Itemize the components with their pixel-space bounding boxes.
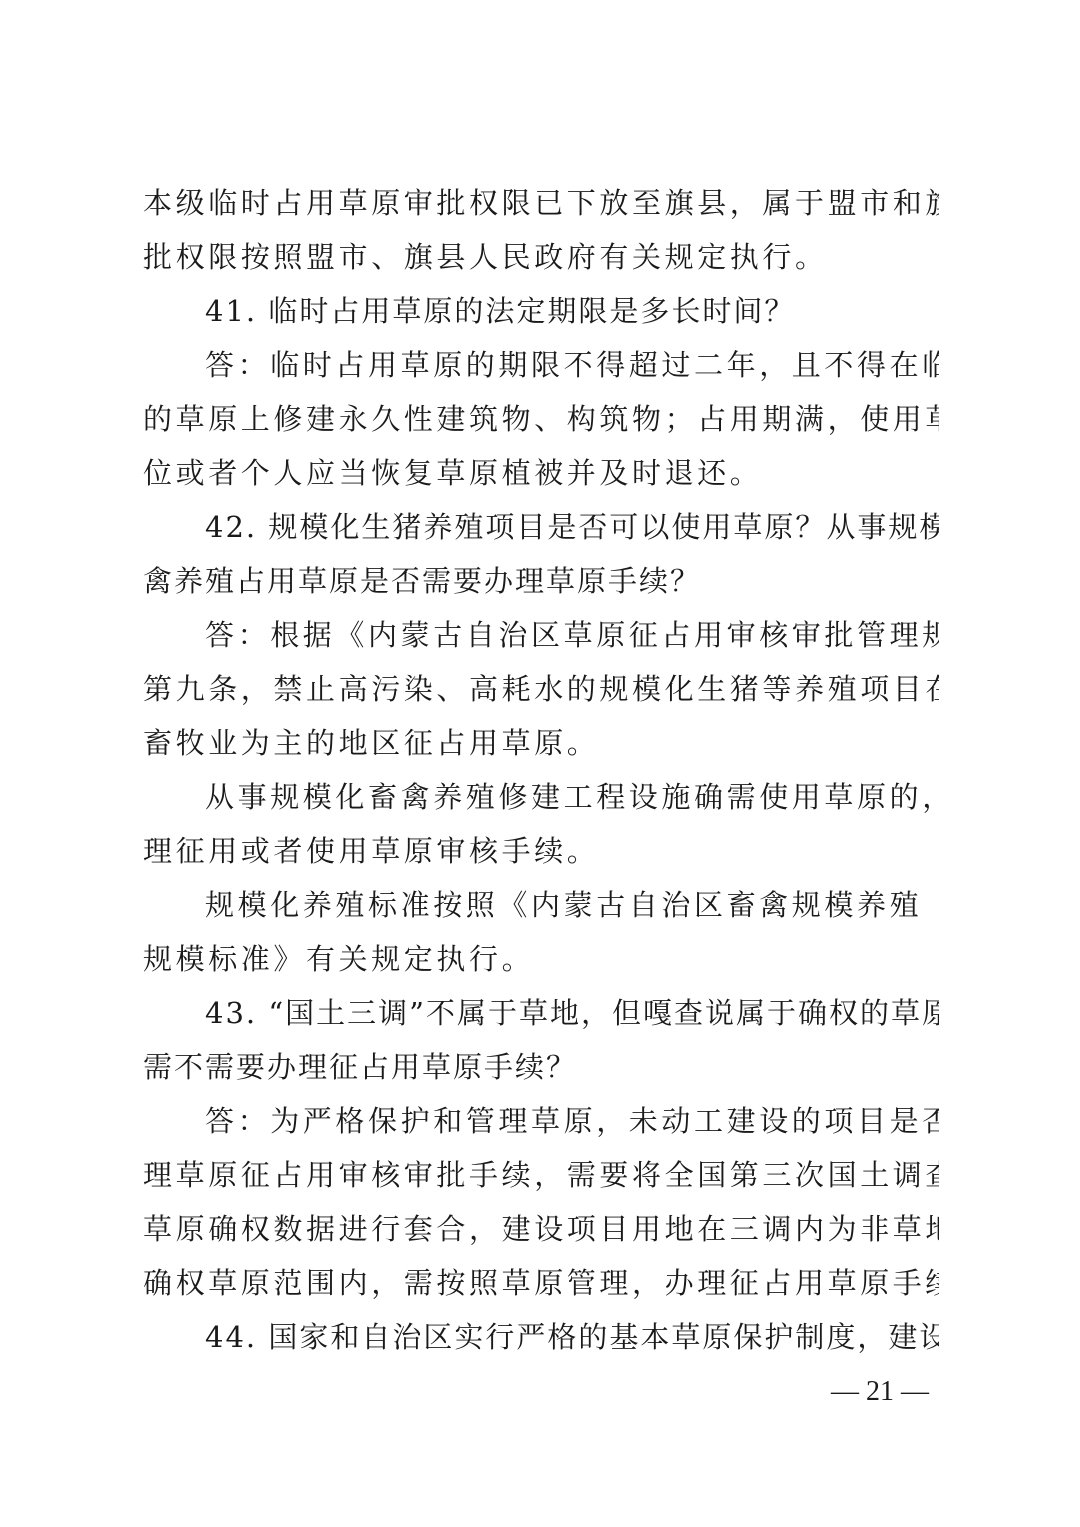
answer-42-line: 答：根据《内蒙古自治区草原征占用审核审批管理规定》 xyxy=(143,608,939,662)
answer-43-line: 草原确权数据进行套合，建设项目用地在三调内为非草地，但在 xyxy=(143,1202,939,1256)
answer-43-line: 确权草原范围内，需按照草原管理，办理征占用草原手续。 xyxy=(143,1256,939,1310)
document-page: 本级临时占用草原审批权限已下放至旗县，属于盟市和旗县的审 批权限按照盟市、旗县人… xyxy=(0,0,1080,1527)
answer-43-line: 理草原征占用审核审批手续，需要将全国第三次国土调查数据与 xyxy=(143,1148,939,1202)
answer-42-line: 畜牧业为主的地区征占用草原。 xyxy=(143,716,939,770)
question-44: 44. 国家和自治区实行严格的基本草原保护制度，建设项目 xyxy=(143,1310,939,1364)
answer-42-line: 规模标准》有关规定执行。 xyxy=(143,932,939,986)
question-41: 41. 临时占用草原的法定期限是多长时间？ xyxy=(143,284,939,338)
answer-42-line: 规模化养殖标准按照《内蒙古自治区畜禽规模养殖（小区） xyxy=(143,878,939,932)
answer-42-line: 第九条，禁止高污染、高耗水的规模化生猪等养殖项目在以草原 xyxy=(143,662,939,716)
page-number: — 21 — xyxy=(820,1374,940,1410)
answer-43-line: 答：为严格保护和管理草原，未动工建设的项目是否需要办 xyxy=(143,1094,939,1148)
answer-41-line: 答：临时占用草原的期限不得超过二年，且不得在临时占用 xyxy=(143,338,939,392)
document-body: 本级临时占用草原审批权限已下放至旗县，属于盟市和旗县的审 批权限按照盟市、旗县人… xyxy=(143,176,939,1364)
question-42: 禽养殖占用草原是否需要办理草原手续？ xyxy=(143,554,939,608)
question-43: 43. “国土三调”不属于草地，但嘎查说属于确权的草原， xyxy=(143,986,939,1040)
text-line: 本级临时占用草原审批权限已下放至旗县，属于盟市和旗县的审 xyxy=(143,176,939,230)
answer-42-line: 理征用或者使用草原审核手续。 xyxy=(143,824,939,878)
question-43: 需不需要办理征占用草原手续？ xyxy=(143,1040,939,1094)
text-line: 批权限按照盟市、旗县人民政府有关规定执行。 xyxy=(143,230,939,284)
answer-41-line: 的草原上修建永久性建筑物、构筑物；占用期满，使用草原的单 xyxy=(143,392,939,446)
answer-42-line: 从事规模化畜禽养殖修建工程设施确需使用草原的，应当办 xyxy=(143,770,939,824)
question-42: 42. 规模化生猪养殖项目是否可以使用草原？从事规模化畜 xyxy=(143,500,939,554)
answer-41-line: 位或者个人应当恢复草原植被并及时退还。 xyxy=(143,446,939,500)
